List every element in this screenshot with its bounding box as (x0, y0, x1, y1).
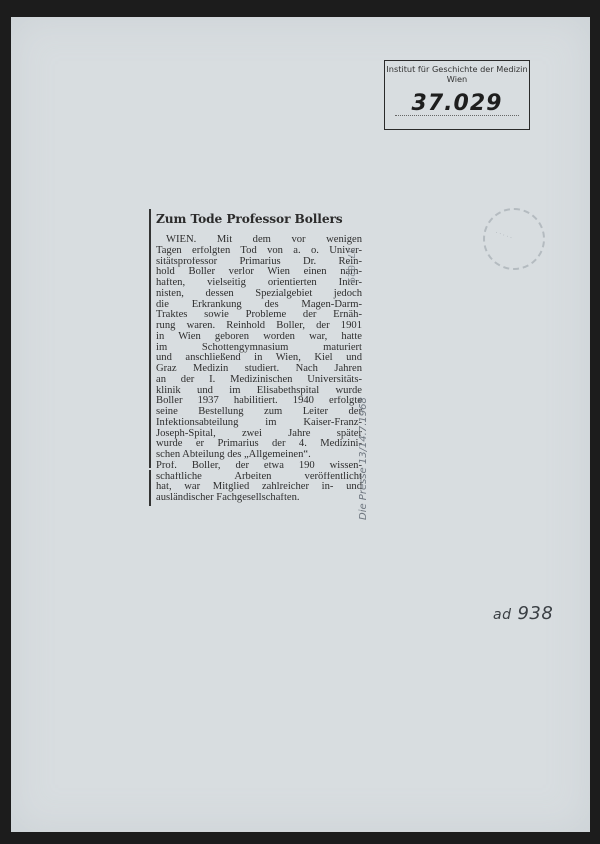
clipping-line: schen Abteilung des „Allgemeinen“. (156, 450, 362, 461)
clipping-line: ausländischer Fachgesellschaften. (156, 493, 362, 504)
reference-number: 938 (517, 603, 553, 624)
clipping-line: und anschließend in Wien, Kiel und (156, 353, 362, 364)
reference-prefix: ad (493, 607, 511, 623)
handwritten-side-number: 37.029 (345, 247, 356, 283)
clipping-body: WIEN. Mit dem vor wenigenTagen erfolgten… (156, 235, 362, 504)
inventory-number: 37.029 (385, 91, 529, 116)
clipping-line: Traktes sowie Probleme der Ernäh- (156, 310, 362, 321)
institute-stamp: Institut für Geschichte der Medizin Wien… (384, 60, 530, 130)
column-rule (149, 209, 151, 468)
clipping-line: Boller 1937 habilitiert. 1940 erfolgte (156, 396, 362, 407)
clipping-line: in Wien geboren worden war, hatte (156, 332, 362, 343)
clipping-line: Graz Medizin studiert. Nach Jahren (156, 364, 362, 375)
clipping-line: die Erkrankung des Magen-Darm- (156, 300, 362, 311)
clipping-line: Joseph-Spital, zwei Jahre später (156, 429, 362, 440)
stamp-institution-city: Wien (385, 74, 529, 84)
handwritten-source-note: Die Presse 13/14.7.1968 (358, 397, 369, 520)
clipping-line: klinik und im Elisabethspital wurde (156, 386, 362, 397)
stamp-institution-name: Institut für Geschichte der Medizin (385, 64, 529, 74)
clipping-line: hold Boller verlor Wien einen nam- (156, 267, 362, 278)
dotted-line (395, 115, 519, 116)
round-stamp-text: · · · · · (494, 229, 513, 241)
clipping-line: im Schottengymnasium maturiert (156, 343, 362, 354)
clipping-headline: Zum Tode Professor Bollers (156, 212, 366, 226)
clipping-line: haften, vielseitig orientierten Inter- (156, 278, 362, 289)
stamp-institution: Institut für Geschichte der Medizin Wien (385, 64, 529, 84)
clipping-line: wurde er Primarius der 4. Medizini- (156, 439, 362, 450)
clipping-line: sitätsprofessor Primarius Dr. Rein- (156, 257, 362, 268)
clipping-line: rung waren. Reinhold Boller, der 1901 (156, 321, 362, 332)
clipping-line: Prof. Boller, der etwa 190 wissen- (156, 461, 362, 472)
clipping-line: WIEN. Mit dem vor wenigen (156, 235, 362, 246)
clipping-line: Tagen erfolgten Tod von a. o. Univer- (156, 246, 362, 257)
column-rule (149, 470, 151, 506)
clipping-line: seine Bestellung zum Leiter der (156, 407, 362, 418)
clipping-line: an der I. Medizinischen Universitäts- (156, 375, 362, 386)
clipping-line: Infektionsabteilung im Kaiser-Franz- (156, 418, 362, 429)
clipping-line: nisten, dessen Spezialgebiet jedoch (156, 289, 362, 300)
round-stamp: · · · · · (483, 208, 545, 270)
handwritten-reference: ad938 (493, 603, 553, 624)
clipping-line: hat, war Mitglied zahlreicher in- und (156, 482, 362, 493)
clipping-line: schaftliche Arbeiten veröffentlicht (156, 472, 362, 483)
